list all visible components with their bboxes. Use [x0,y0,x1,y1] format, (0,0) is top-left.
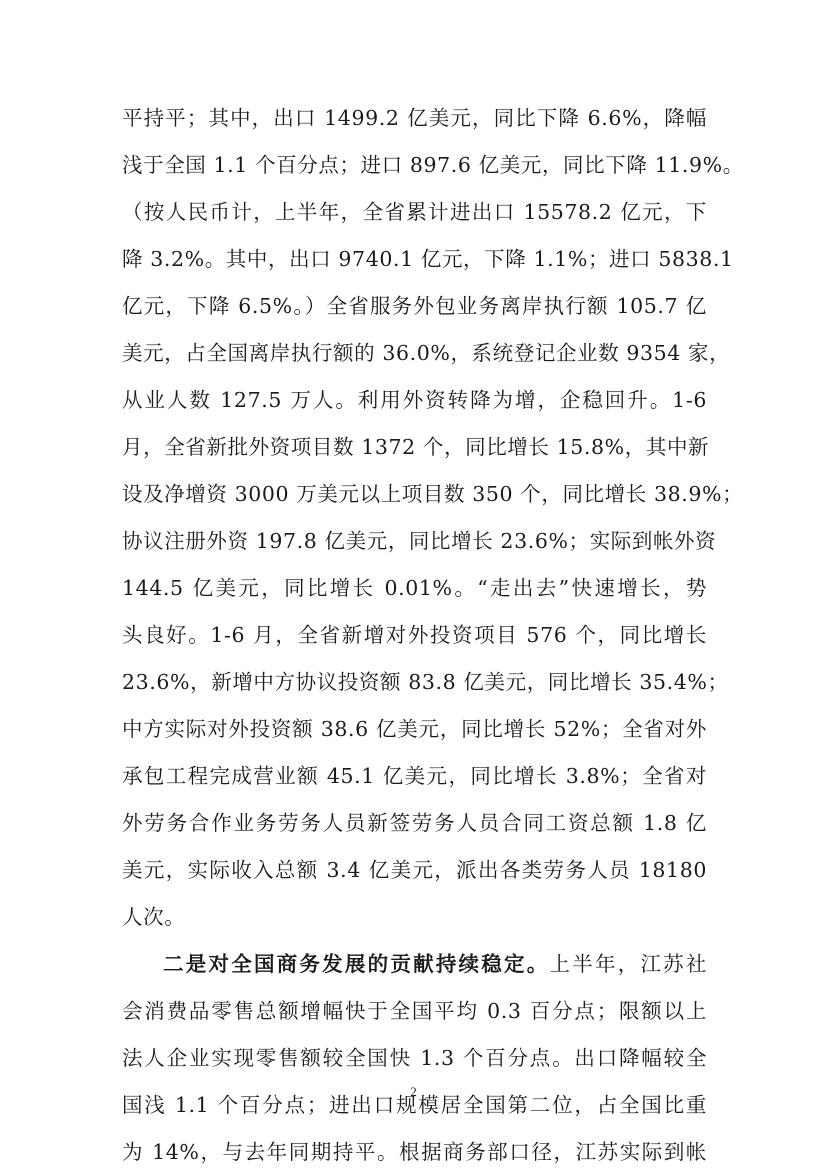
document-page: 平持平；其中，出口 1499.2 亿美元，同比下降 6.6%，降幅 浅于全国 1… [0,0,827,1169]
text-line: 协议注册外资 197.8 亿美元，同比增长 23.6%；实际到帐外资 [122,527,707,555]
text-line: （按人民币计，上半年，全省累计进出口 15578.2 亿元，下 [122,198,707,226]
text-line: 月，全省新批外资项目数 1372 个，同比增长 15.8%，其中新 [122,433,707,461]
text-line: 会消费品零售总额增幅快于全国平均 0.3 百分点；限额以上 [122,997,707,1025]
text-line: 中方实际对外投资额 38.6 亿美元，同比增长 52%；全省对外 [122,715,707,743]
text-line: 从业人数 127.5 万人。利用外资转降为增，企稳回升。1-6 [122,386,707,414]
text-line: 头良好。1-6 月，全省新增对外投资项目 576 个，同比增长 [122,621,707,649]
text-line: 美元，实际收入总额 3.4 亿美元，派出各类劳务人员 18180 [122,856,707,884]
paragraph-heading-line: 二是对全国商务发展的贡献持续稳定。上半年，江苏社 [163,950,707,978]
text-line: 美元，占全国离岸执行额的 36.0%，系统登记企业数 9354 家， [122,339,707,367]
paragraph-text: 上半年，江苏社 [550,952,708,976]
text-line: 浅于全国 1.1 个百分点；进口 897.6 亿美元，同比下降 11.9%。 [122,151,707,179]
paragraph-heading: 二是对全国商务发展的贡献持续稳定。 [163,952,550,976]
page-number: 2 [0,1084,827,1100]
text-line: 平持平；其中，出口 1499.2 亿美元，同比下降 6.6%，降幅 [122,104,707,132]
text-line: 亿元，下降 6.5%。）全省服务外包业务离岸执行额 105.7 亿 [122,292,707,320]
text-line: 23.6%，新增中方协议投资额 83.8 亿美元，同比增长 35.4%； [122,668,707,696]
text-line: 人次。 [122,903,707,931]
text-line: 降 3.2%。其中，出口 9740.1 亿元，下降 1.1%；进口 5838.1 [122,245,707,273]
text-line: 法人企业实现零售额较全国快 1.3 个百分点。出口降幅较全 [122,1044,707,1072]
text-line: 承包工程完成营业额 45.1 亿美元，同比增长 3.8%；全省对 [122,762,707,790]
text-line: 设及净增资 3000 万美元以上项目数 350 个，同比增长 38.9%； [122,480,707,508]
text-line: 为 14%，与去年同期持平。根据商务部口径，江苏实际到帐 [122,1138,707,1166]
text-line: 外劳务合作业务劳务人员新签劳务人员合同工资总额 1.8 亿 [122,809,707,837]
text-line: 144.5 亿美元，同比增长 0.01%。“走出去”快速增长，势 [122,574,707,602]
